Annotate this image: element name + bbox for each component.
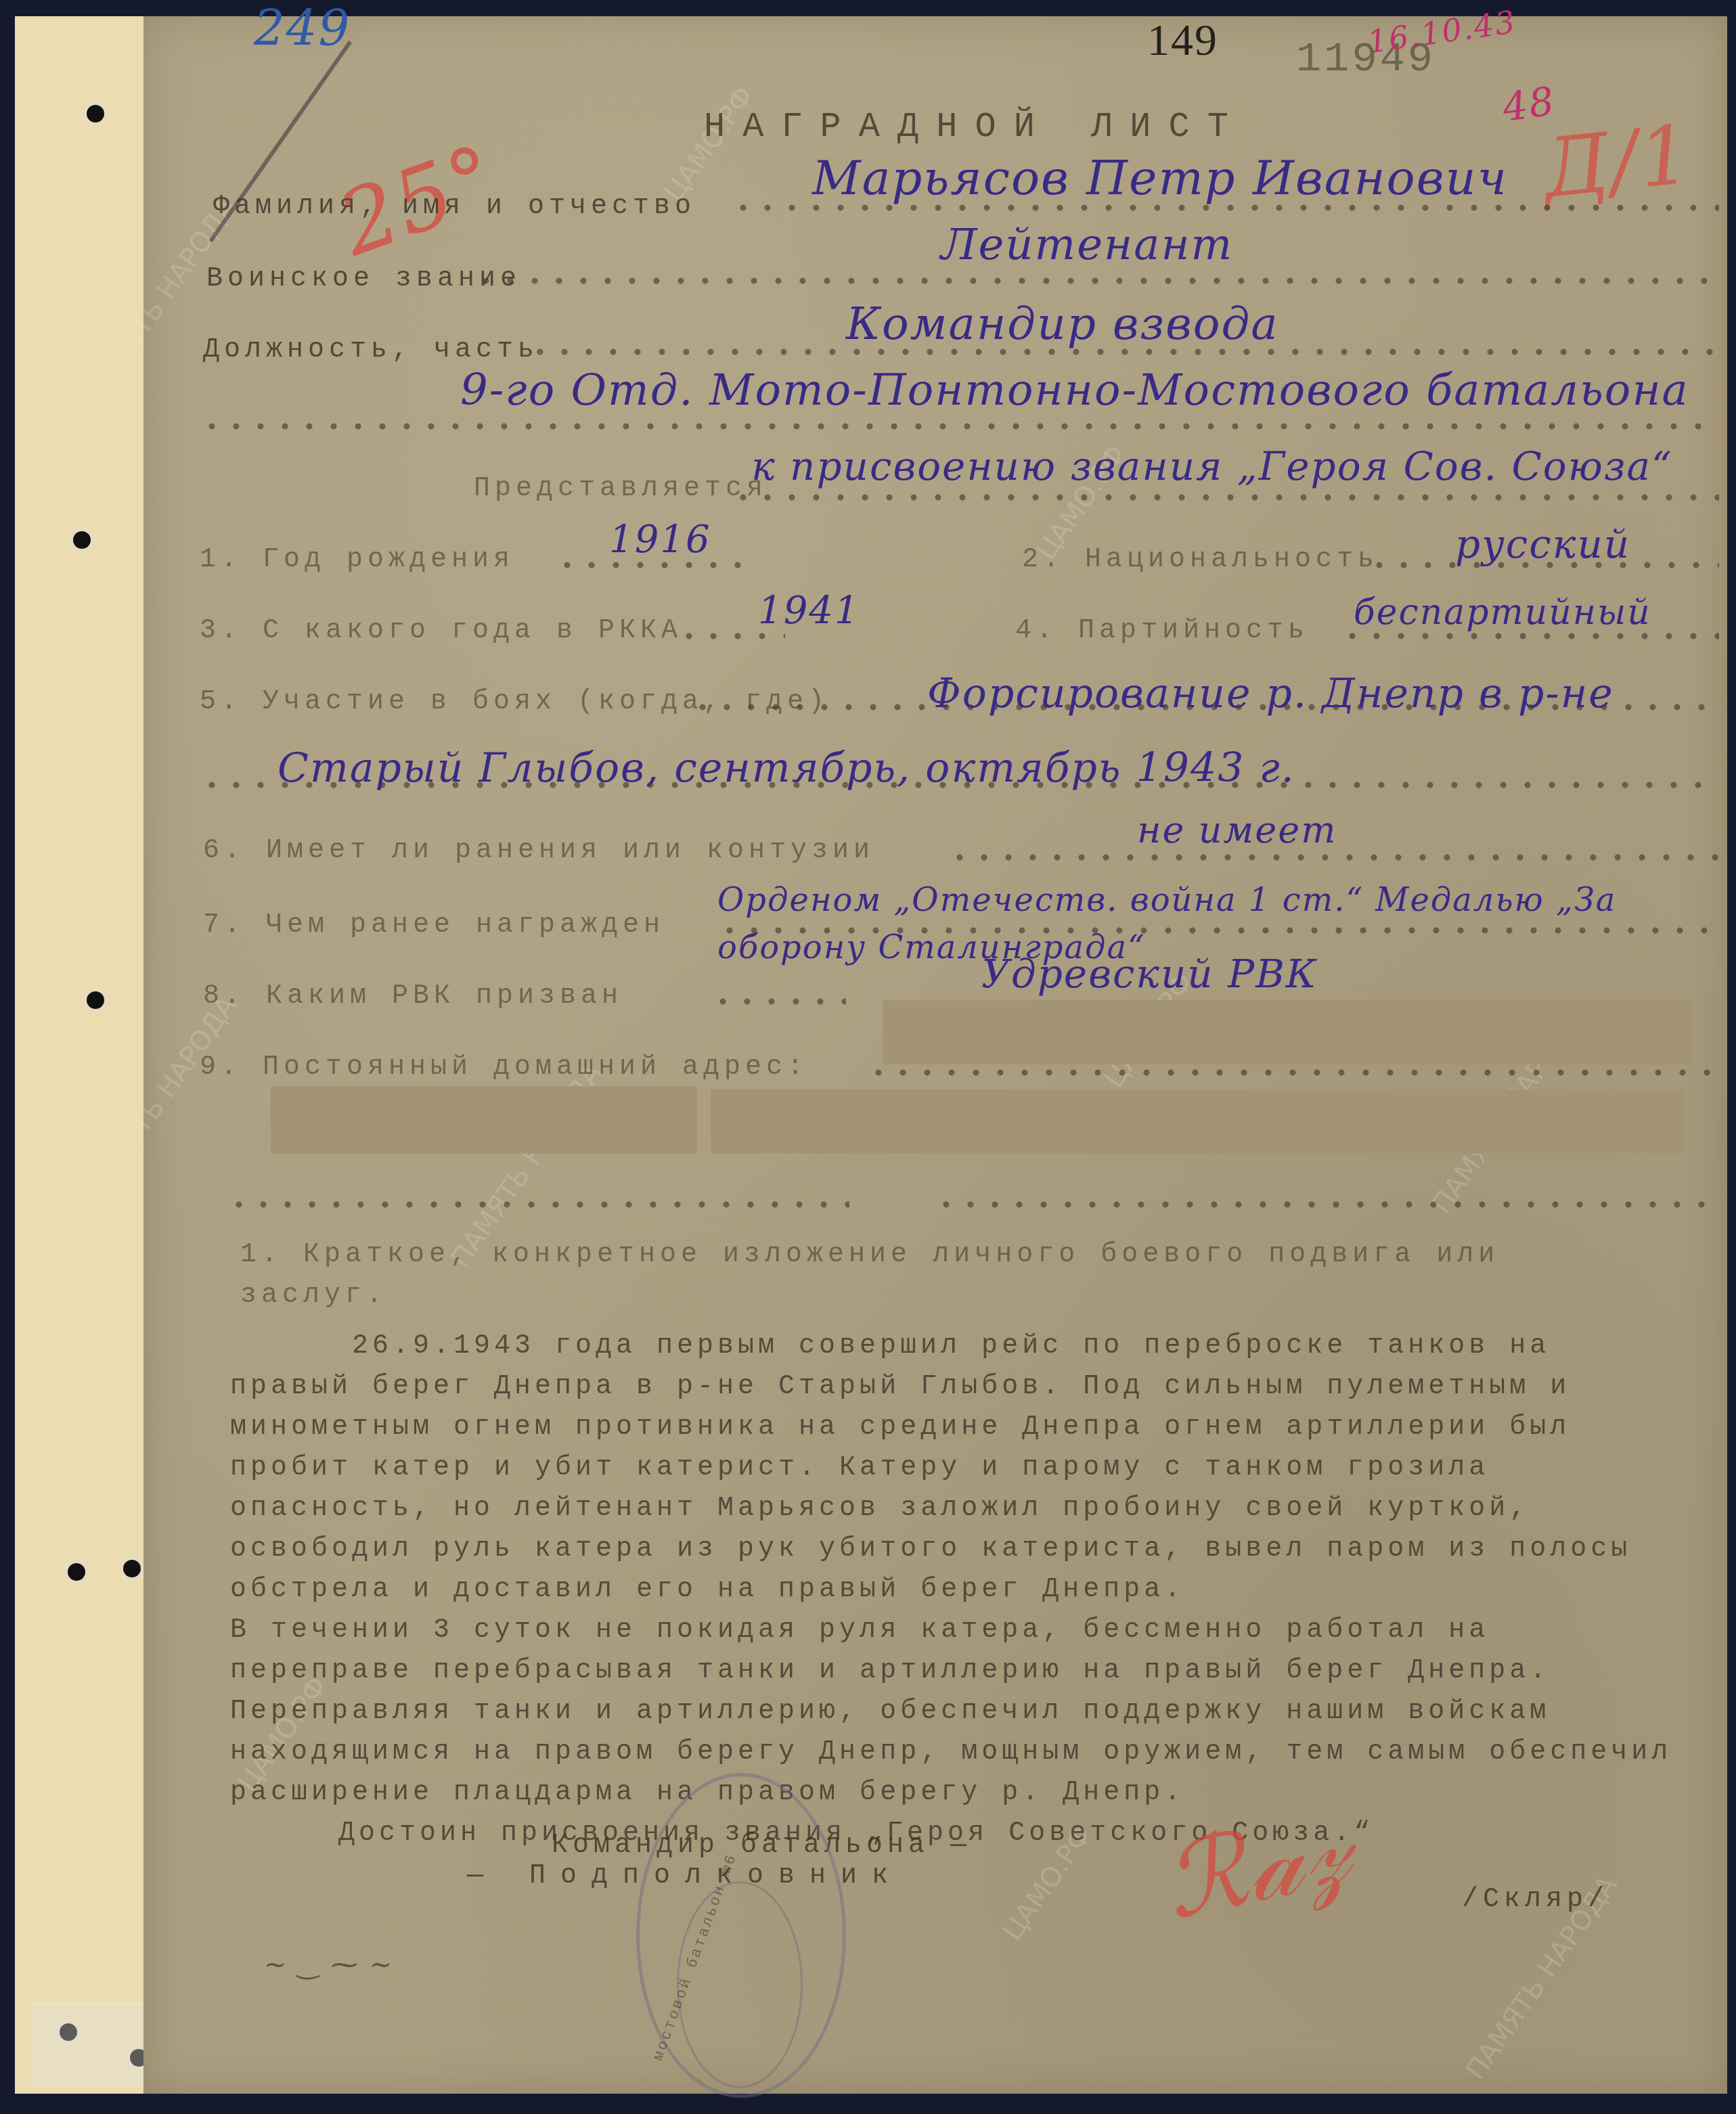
signature-name: /Скляр/	[1462, 1885, 1609, 1915]
field-value-unit: 9-го Отд. Мото-Понтонно-Мостового баталь…	[460, 365, 1689, 415]
punch-hole	[123, 1560, 141, 1577]
field-value-rank: Лейтенант	[941, 220, 1233, 270]
dotted-leader	[474, 277, 1719, 284]
archive-margin-note: 249	[254, 0, 351, 57]
field-value-position: Командир взвода	[846, 298, 1279, 350]
field-value-nominated: к присвоению звания „Героя Сов. Союза“	[751, 443, 1673, 489]
binding-margin	[15, 16, 150, 2094]
field-label-draft-office: 8. Каким РВК призван	[203, 981, 623, 1012]
dotted-leader	[555, 562, 744, 568]
address-redaction	[883, 1000, 1692, 1064]
pencil-scribble: ~ ‿ ⁓ ~	[264, 1949, 393, 1980]
field-label-nominated: Представляется	[474, 474, 767, 504]
document-title: НАГРАДНОЙ ЛИСТ	[704, 107, 1246, 147]
field-label-name: Фамилия, имя и отчество	[213, 192, 696, 222]
field-value-wounds: не имеет	[1137, 809, 1337, 851]
field-value-name: Марьясов Петр Иванович	[812, 150, 1508, 206]
punch-hole	[73, 531, 91, 549]
address-redaction	[271, 1086, 697, 1154]
dotted-leader	[711, 998, 846, 1005]
dotted-leader	[731, 494, 1719, 501]
field-label-previous-awards: 7. Чем ранее награжден	[203, 910, 665, 941]
dotted-leader	[948, 854, 1719, 861]
red-mark-right: Д/1	[1538, 108, 1697, 217]
dotted-leader	[677, 633, 785, 639]
scan-frame: ЦАМО.РФ ПАМЯТЬ НАРОДА ЦАМО.РФ ЦАМО.РФ ПА…	[0, 0, 1736, 2114]
field-label-position: Должность, часть	[203, 335, 539, 365]
field-value-draft-office: Удревский РВК	[981, 951, 1318, 997]
citation-paragraph: В течении 3 суток не покидая руля катера…	[230, 1611, 1678, 1814]
field-label-nationality: 2. Национальность	[1022, 545, 1379, 575]
address-redaction	[711, 1089, 1685, 1154]
section-divider	[934, 1201, 1719, 1208]
field-value-birth-year: 1916	[609, 518, 711, 562]
dotted-leader	[1340, 633, 1719, 639]
field-label-home-address: 9. Постоянный домашний адрес:	[200, 1052, 808, 1083]
field-value-party: беспартийный	[1354, 592, 1651, 633]
citation-body: 26.9.1943 года первым совершил рейс по п…	[230, 1306, 1678, 1854]
field-label-service-start: 3. С какого года в РККА	[200, 616, 682, 646]
dotted-leader	[200, 423, 1719, 430]
field-label-party: 4. Партийность	[1015, 616, 1309, 646]
citation-paragraph: 26.9.1943 года первым совершил рейс по п…	[230, 1326, 1678, 1611]
sheet-number: 149	[1147, 15, 1218, 66]
field-label-birth-year: 1. Год рождения	[200, 545, 514, 575]
section-heading: 1. Краткое, конкретное изложение личного…	[240, 1235, 1662, 1316]
field-value-nationality: русский	[1455, 521, 1630, 567]
field-value-battles: Форсирование р. Днепр в р-не Старый Глыб…	[277, 656, 1699, 805]
dotted-leader	[866, 1069, 1719, 1076]
punch-hole	[87, 991, 104, 1009]
unit-seal-inner	[677, 1881, 803, 2088]
punch-hole	[87, 105, 104, 122]
section-divider	[227, 1201, 849, 1208]
punch-hole	[68, 1563, 85, 1581]
field-value-service-start: 1941	[758, 589, 860, 633]
field-label-wounds: 6. Имеет ли ранения или контузии	[203, 836, 874, 866]
